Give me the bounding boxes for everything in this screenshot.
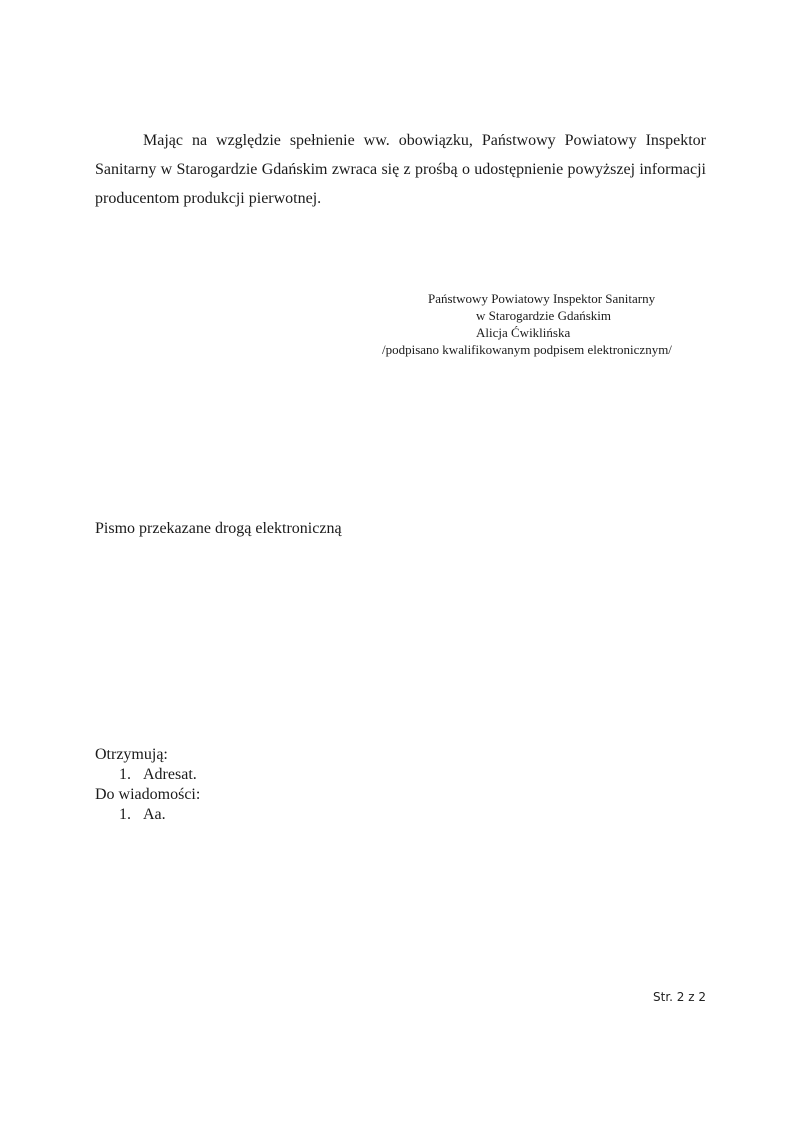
cc-label: Aa. — [143, 806, 166, 823]
page-number: Str. 2 z 2 — [640, 990, 706, 1004]
recipient-number: 1. — [119, 765, 143, 785]
recipients-heading: Otrzymują: — [95, 745, 200, 765]
signature-office: w Starogardzie Gdańskim — [360, 307, 720, 324]
signature-name: Alicja Ćwiklińska — [360, 324, 720, 341]
recipients-block: Otrzymują: 1.Adresat. Do wiadomości: 1.A… — [95, 745, 200, 825]
recipient-item: 1.Adresat. — [95, 765, 200, 785]
paragraph-line: Mając na względzie spełnienie ww. obowią… — [95, 126, 706, 155]
body-paragraph: Mając na względzie spełnienie ww. obowią… — [95, 126, 706, 213]
paragraph-line: producentom produkcji pierwotnej. — [95, 184, 706, 213]
cc-number: 1. — [119, 805, 143, 825]
signature-title: Państwowy Powiatowy Inspektor Sanitarny — [360, 290, 720, 307]
paragraph-line: Sanitarny w Starogardzie Gdańskim zwraca… — [95, 155, 706, 184]
delivery-note: Pismo przekazane drogą elektroniczną — [95, 520, 342, 538]
signature-block: Państwowy Powiatowy Inspektor Sanitarny … — [360, 290, 720, 358]
cc-heading: Do wiadomości: — [95, 785, 200, 805]
recipient-label: Adresat. — [143, 766, 197, 783]
cc-item: 1.Aa. — [95, 805, 200, 825]
signature-note: /podpisano kwalifikowanym podpisem elekt… — [360, 341, 720, 358]
